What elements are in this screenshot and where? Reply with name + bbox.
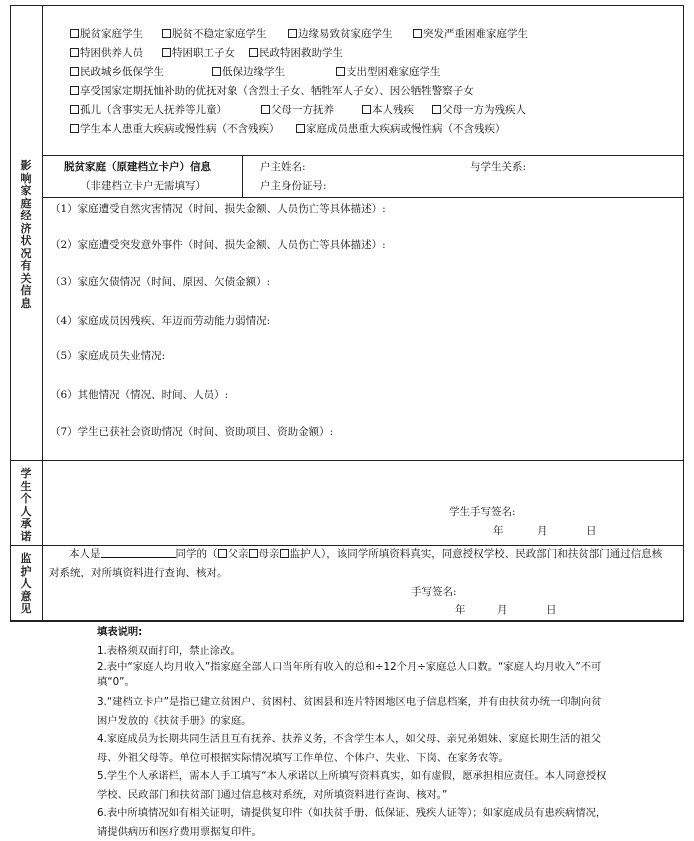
situation-item[interactable]: （1）家庭遭受自然灾害情况（时间、损失金额、人员伤亡等具体描述）:	[50, 202, 386, 216]
checkbox-icon[interactable]	[261, 105, 270, 114]
checkbox-item[interactable]: 父母一方为残疾人	[432, 103, 526, 117]
checkbox-icon[interactable]	[70, 48, 79, 57]
checkbox-icon[interactable]	[162, 29, 171, 38]
checkbox-item[interactable]: 低保边缘学生	[212, 65, 285, 79]
checkbox-item[interactable]: 父母一方抚养	[261, 103, 334, 117]
table-border-bottom	[10, 620, 684, 622]
note-item: 2.表中“家庭人均月收入”指家庭全部人口当年所有收入的总和÷12个月÷家庭总人口…	[97, 660, 607, 690]
notes-title: 填表说明:	[97, 623, 607, 642]
checkbox-item[interactable]: 孤儿（含事实无人抚养等儿童）	[70, 103, 227, 117]
householder-id-label[interactable]: 户主身份证号:	[260, 179, 327, 193]
checkbox-father[interactable]	[218, 549, 227, 558]
checkbox-item[interactable]: 特困供养人员	[70, 46, 143, 60]
note-item: 3.“建档立卡户”是指已建立贫困户、贫困村、贫困县和连片特困地区电子信息档案，并…	[97, 693, 607, 730]
checkbox-item[interactable]: 脱贫家庭学生	[70, 27, 143, 41]
table-border-left	[10, 5, 11, 621]
note-item: 6.表中所填情况如有相关证明，请提供复印件（如扶贫手册、低保证、残疾人证等）；如…	[97, 804, 607, 841]
row-divider-checkbox-info	[42, 155, 684, 156]
commitment-date-month: 月	[537, 524, 548, 538]
checkbox-icon[interactable]	[70, 105, 79, 114]
checkbox-icon[interactable]	[212, 67, 221, 76]
checkbox-item[interactable]: 学生本人患重大疾病或慢性病（不含残疾）	[70, 122, 280, 136]
checkbox-item[interactable]: 本人残疾	[362, 103, 414, 117]
section-label-guardian: 监护人意见	[19, 553, 33, 616]
table-border-top	[10, 5, 684, 6]
commitment-date-day: 日	[586, 524, 597, 538]
checkbox-icon[interactable]	[362, 105, 371, 114]
checkbox-icon[interactable]	[288, 29, 297, 38]
guardian-date-year: 年	[455, 603, 466, 617]
table-border-right	[683, 5, 684, 621]
checkbox-icon[interactable]	[336, 67, 345, 76]
label-column-divider	[42, 5, 43, 621]
filling-instructions: 填表说明: 1.表格须双面打印，禁止涂改。 2.表中“家庭人均月收入”指家庭全部…	[97, 623, 607, 841]
checkbox-icon[interactable]	[70, 124, 79, 133]
relation-label[interactable]: 与学生关系:	[470, 160, 526, 174]
checkbox-item[interactable]: 特困职工子女	[162, 46, 235, 60]
section-label-economy: 影响家庭经济状况有关信息	[19, 160, 33, 310]
info-cell-divider	[242, 155, 243, 197]
checkbox-icon[interactable]	[70, 29, 79, 38]
checkbox-item[interactable]: 家庭成员患重大疾病或慢性病（不含残疾）	[296, 122, 506, 136]
checkbox-icon[interactable]	[413, 29, 422, 38]
checkbox-item[interactable]: 民政城乡低保学生	[70, 65, 164, 79]
section-label-commitment: 学生个人承诺	[19, 468, 33, 543]
situation-item[interactable]: （4）家庭成员因残疾、年迈而劳动能力弱情况:	[50, 314, 270, 328]
checkbox-icon[interactable]	[162, 48, 171, 57]
checkbox-item[interactable]: 边缘易致贫家庭学生	[288, 27, 393, 41]
student-signature-label[interactable]: 学生手写签名:	[449, 505, 516, 519]
checkbox-item[interactable]: 脱贫不稳定家庭学生	[162, 27, 267, 41]
row-divider-commitment-guardian	[10, 545, 684, 546]
checkbox-icon[interactable]	[249, 48, 258, 57]
situation-item[interactable]: （6）其他情况（情况、时间、人员）:	[50, 388, 228, 402]
checkbox-icon[interactable]	[296, 124, 305, 133]
checkbox-mother[interactable]	[249, 549, 258, 558]
checkbox-item[interactable]: 支出型困难家庭学生	[336, 65, 441, 79]
guardian-statement-line1: 本人是同学的（父亲母亲监护人），该同学所填资料真实，同意授权学校、民政部门和扶贫…	[69, 547, 662, 561]
student-name-blank[interactable]	[101, 547, 176, 558]
guardian-signature-label[interactable]: 手写签名:	[411, 585, 457, 599]
situation-item[interactable]: （5）家庭成员失业情况:	[50, 349, 165, 363]
situation-item[interactable]: （3）家庭欠债情况（时间、原因、欠债金额）:	[50, 275, 270, 289]
row-divider-info-situations	[42, 197, 684, 198]
commitment-date-year: 年	[493, 524, 504, 538]
situation-item[interactable]: （7）学生已获社会资助情况（时间、资助项目、资助金额）:	[50, 425, 333, 439]
checkbox-item[interactable]: 民政特困救助学生	[249, 46, 343, 60]
checkbox-guardian[interactable]	[280, 549, 289, 558]
note-item: 5.学生个人承诺栏，需本人手工填写“本人承诺以上所填写资料真实，如有虚假，愿承担…	[97, 767, 607, 804]
poverty-info-subtitle: （非建档立卡户无需填写）	[80, 179, 206, 193]
checkbox-item[interactable]: 突发严重困难家庭学生	[413, 27, 528, 41]
checkbox-icon[interactable]	[70, 67, 79, 76]
checkbox-item[interactable]: 享受国家定期抚恤补助的优抚对象（含烈士子女、牺牲军人子女）、因公牺牲警察子女	[70, 84, 474, 98]
row-divider-economy-commitment	[10, 460, 684, 461]
checkbox-icon[interactable]	[432, 105, 441, 114]
note-item: 4.家庭成员为长期共同生活且互有抚养、扶养义务，不含学生本人，如父母、亲兄弟姐妹…	[97, 730, 607, 767]
guardian-date-month: 月	[497, 603, 508, 617]
situation-item[interactable]: （2）家庭遭受突发意外事件（时间、损失金额、人员伤亡等具体描述）:	[50, 238, 386, 252]
householder-name-label[interactable]: 户主姓名:	[260, 160, 306, 174]
guardian-date-day: 日	[546, 603, 557, 617]
checkbox-icon[interactable]	[70, 86, 79, 95]
guardian-statement-line2: 对系统，对所填资料进行查询、核对。	[49, 566, 228, 580]
note-item: 1.表格须双面打印，禁止涂改。	[97, 642, 607, 661]
poverty-info-title: 脱贫家庭（原建档立卡户）信息	[64, 160, 211, 174]
